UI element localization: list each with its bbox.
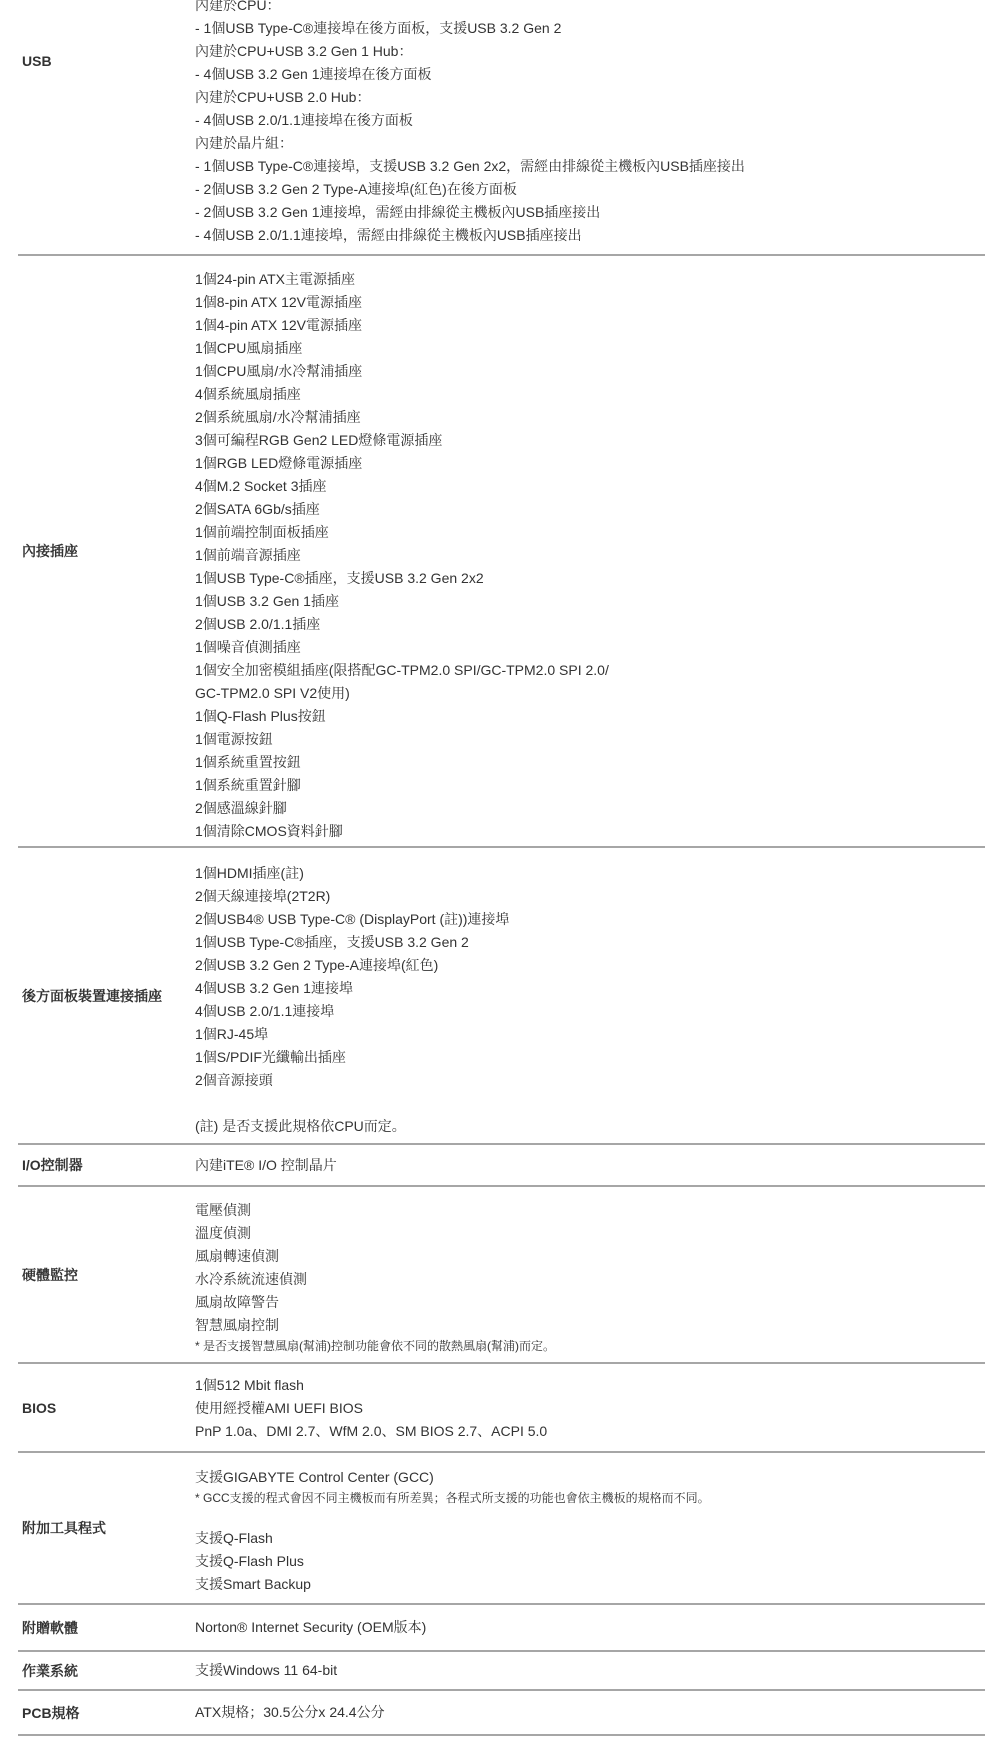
spec-row-io-controller: I/O控制器 內建iTE® I/O 控制晶片 — [18, 1145, 985, 1187]
row-label-cell: USB — [18, 0, 195, 254]
spec-blank-line — [195, 1092, 985, 1115]
row-label: 作業系統 — [22, 1662, 78, 1680]
spec-line: 支援GIGABYTE Control Center (GCC) — [195, 1466, 985, 1489]
spec-line: 支援Windows 11 64-bit — [195, 1659, 985, 1682]
spec-line: 4個USB 3.2 Gen 1連接埠 — [195, 977, 985, 1000]
spec-line: 支援Q-Flash — [195, 1527, 985, 1550]
spec-line: 1個Q-Flash Plus按鈕 — [195, 705, 985, 728]
spec-line: 4個系統風扇插座 — [195, 383, 985, 406]
spec-row-internal-connectors: 內接插座 1個24-pin ATX主電源插座1個8-pin ATX 12V電源插… — [18, 256, 985, 848]
row-content: Norton® Internet Security (OEM版本) — [195, 1605, 985, 1650]
spec-line: 1個512 Mbit flash — [195, 1374, 985, 1397]
spec-row-hardware-monitor: 硬體監控 電壓偵測溫度偵測風扇轉速偵測水冷系統流速偵測風扇故障警告智慧風扇控制*… — [18, 1187, 985, 1364]
spec-line: - 2個USB 3.2 Gen 2 Type-A連接埠(紅色)在後方面板 — [195, 178, 985, 201]
spec-line: 1個HDMI插座(註) — [195, 862, 985, 885]
spec-line: 智慧風扇控制 — [195, 1314, 985, 1337]
spec-line: 1個4-pin ATX 12V電源插座 — [195, 314, 985, 337]
spec-line: 支援Q-Flash Plus — [195, 1550, 985, 1573]
spec-line: 4個USB 2.0/1.1連接埠 — [195, 1000, 985, 1023]
spec-row-operating-system: 作業系統 支援Windows 11 64-bit — [18, 1652, 985, 1691]
row-label-cell: BIOS — [18, 1364, 195, 1451]
spec-line: 1個電源按鈕 — [195, 728, 985, 751]
spec-line: 1個清除CMOS資料針腳 — [195, 820, 985, 843]
row-content: 支援GIGABYTE Control Center (GCC)* GCC支援的程… — [195, 1453, 985, 1603]
spec-row-rear-panel: 後方面板裝置連接插座 1個HDMI插座(註)2個天線連接埠(2T2R)2個USB… — [18, 848, 985, 1145]
row-label-cell: PCB規格 — [18, 1691, 195, 1734]
row-label: 硬體監控 — [22, 1266, 78, 1284]
row-label-cell: 後方面板裝置連接插座 — [18, 848, 195, 1143]
spec-line: 水冷系統流速偵測 — [195, 1268, 985, 1291]
spec-line: (註) 是否支援此規格依CPU而定。 — [195, 1115, 985, 1138]
spec-line: - 4個USB 2.0/1.1連接埠在後方面板 — [195, 109, 985, 132]
spec-line: 2個USB 3.2 Gen 2 Type-A連接埠(紅色) — [195, 954, 985, 977]
spec-line: 2個天線連接埠(2T2R) — [195, 885, 985, 908]
spec-row-utilities: 附加工具程式 支援GIGABYTE Control Center (GCC)* … — [18, 1453, 985, 1605]
spec-line: 2個SATA 6Gb/s插座 — [195, 498, 985, 521]
row-label-cell: 附加工具程式 — [18, 1453, 195, 1603]
spec-table: USB 內建於CPU：- 1個USB Type-C®連接埠在後方面板，支援USB… — [18, 0, 985, 1736]
row-content: 1個HDMI插座(註)2個天線連接埠(2T2R)2個USB4® USB Type… — [195, 848, 985, 1143]
spec-line: 內建於CPU+USB 3.2 Gen 1 Hub： — [195, 40, 985, 63]
spec-row-pcb-form-factor: PCB規格 ATX規格；30.5公分x 24.4公分 — [18, 1691, 985, 1736]
row-content: 電壓偵測溫度偵測風扇轉速偵測水冷系統流速偵測風扇故障警告智慧風扇控制* 是否支援… — [195, 1187, 985, 1362]
spec-line: 3個可編程RGB Gen2 LED燈條電源插座 — [195, 429, 985, 452]
spec-page: USB 內建於CPU：- 1個USB Type-C®連接埠在後方面板，支援USB… — [0, 0, 1000, 1752]
spec-line: 內建於CPU： — [195, 0, 985, 17]
row-content: 內建於CPU：- 1個USB Type-C®連接埠在後方面板，支援USB 3.2… — [195, 0, 985, 254]
row-label-cell: 硬體監控 — [18, 1187, 195, 1362]
spec-line: 1個噪音偵測插座 — [195, 636, 985, 659]
row-label: BIOS — [22, 1399, 56, 1417]
row-label-cell: 附贈軟體 — [18, 1605, 195, 1650]
row-content: 內建iTE® I/O 控制晶片 — [195, 1145, 985, 1185]
spec-line: 電壓偵測 — [195, 1199, 985, 1222]
row-label: 後方面板裝置連接插座 — [22, 987, 162, 1005]
row-content: ATX規格；30.5公分x 24.4公分 — [195, 1691, 985, 1734]
spec-line: 1個USB Type-C®插座，支援USB 3.2 Gen 2 — [195, 931, 985, 954]
spec-line: 內建於CPU+USB 2.0 Hub： — [195, 86, 985, 109]
row-label-cell: 內接插座 — [18, 256, 195, 846]
spec-line: 風扇故障警告 — [195, 1291, 985, 1314]
spec-line: 內建iTE® I/O 控制晶片 — [195, 1154, 985, 1177]
row-label: PCB規格 — [22, 1704, 80, 1722]
row-label-cell: 作業系統 — [18, 1652, 195, 1689]
spec-line: 1個USB 3.2 Gen 1插座 — [195, 590, 985, 613]
spec-line: 風扇轉速偵測 — [195, 1245, 985, 1268]
spec-row-bundled-software: 附贈軟體 Norton® Internet Security (OEM版本) — [18, 1605, 985, 1652]
spec-line: - 2個USB 3.2 Gen 1連接埠，需經由排線從主機板內USB插座接出 — [195, 201, 985, 224]
row-content: 1個512 Mbit flash使用經授權AMI UEFI BIOSPnP 1.… — [195, 1364, 985, 1451]
spec-line: 使用經授權AMI UEFI BIOS — [195, 1397, 985, 1420]
row-label: 內接插座 — [22, 542, 78, 560]
spec-line: ATX規格；30.5公分x 24.4公分 — [195, 1701, 985, 1724]
spec-line: * 是否支援智慧風扇(幫浦)控制功能會依不同的散熱風扇(幫浦)而定。 — [195, 1337, 985, 1355]
spec-line: 1個CPU風扇/水冷幫浦插座 — [195, 360, 985, 383]
spec-line: Norton® Internet Security (OEM版本) — [195, 1616, 985, 1639]
spec-line: 1個前端控制面板插座 — [195, 521, 985, 544]
row-label: 附贈軟體 — [22, 1619, 78, 1637]
spec-line: 2個系統風扇/水冷幫浦插座 — [195, 406, 985, 429]
spec-line: 1個24-pin ATX主電源插座 — [195, 268, 985, 291]
row-label-cell: I/O控制器 — [18, 1145, 195, 1185]
spec-line: 1個前端音源插座 — [195, 544, 985, 567]
spec-row-usb: USB 內建於CPU：- 1個USB Type-C®連接埠在後方面板，支援USB… — [18, 0, 985, 256]
row-content: 支援Windows 11 64-bit — [195, 1652, 985, 1689]
spec-line: GC-TPM2.0 SPI V2使用) — [195, 682, 985, 705]
spec-line: 2個USB 2.0/1.1插座 — [195, 613, 985, 636]
spec-line: 1個系統重置按鈕 — [195, 751, 985, 774]
spec-line: 1個8-pin ATX 12V電源插座 — [195, 291, 985, 314]
spec-line: - 1個USB Type-C®連接埠，支援USB 3.2 Gen 2x2，需經由… — [195, 155, 985, 178]
spec-line: 1個RGB LED燈條電源插座 — [195, 452, 985, 475]
row-label: I/O控制器 — [22, 1156, 83, 1174]
row-content: 1個24-pin ATX主電源插座1個8-pin ATX 12V電源插座1個4-… — [195, 256, 985, 846]
row-label: USB — [22, 52, 52, 70]
spec-line: 4個M.2 Socket 3插座 — [195, 475, 985, 498]
spec-line: 溫度偵測 — [195, 1222, 985, 1245]
spec-line: 1個USB Type-C®插座，支援USB 3.2 Gen 2x2 — [195, 567, 985, 590]
spec-line: 1個CPU風扇插座 — [195, 337, 985, 360]
spec-line: PnP 1.0a、DMI 2.7、WfM 2.0、SM BIOS 2.7、ACP… — [195, 1420, 985, 1443]
spec-line: 2個USB4® USB Type-C® (DisplayPort (註))連接埠 — [195, 908, 985, 931]
spec-row-bios: BIOS 1個512 Mbit flash使用經授權AMI UEFI BIOSP… — [18, 1364, 985, 1453]
spec-line: 1個RJ-45埠 — [195, 1023, 985, 1046]
spec-line: - 4個USB 3.2 Gen 1連接埠在後方面板 — [195, 63, 985, 86]
spec-line: - 1個USB Type-C®連接埠在後方面板，支援USB 3.2 Gen 2 — [195, 17, 985, 40]
spec-line: 2個音源接頭 — [195, 1069, 985, 1092]
spec-line: 2個感溫線針腳 — [195, 797, 985, 820]
spec-line: - 4個USB 2.0/1.1連接埠，需經由排線從主機板內USB插座接出 — [195, 224, 985, 247]
spec-line: 1個系統重置針腳 — [195, 774, 985, 797]
spec-line: 支援Smart Backup — [195, 1573, 985, 1596]
spec-blank-line — [195, 1507, 985, 1527]
spec-line: * GCC支援的程式會因不同主機板而有所差異；各程式所支援的功能也會依主機板的規… — [195, 1489, 985, 1507]
row-label: 附加工具程式 — [22, 1519, 106, 1537]
spec-line: 內建於晶片組： — [195, 132, 985, 155]
spec-line: 1個安全加密模組插座(限搭配GC-TPM2.0 SPI/GC-TPM2.0 SP… — [195, 659, 985, 682]
spec-line: 1個S/PDIF光纖輸出插座 — [195, 1046, 985, 1069]
